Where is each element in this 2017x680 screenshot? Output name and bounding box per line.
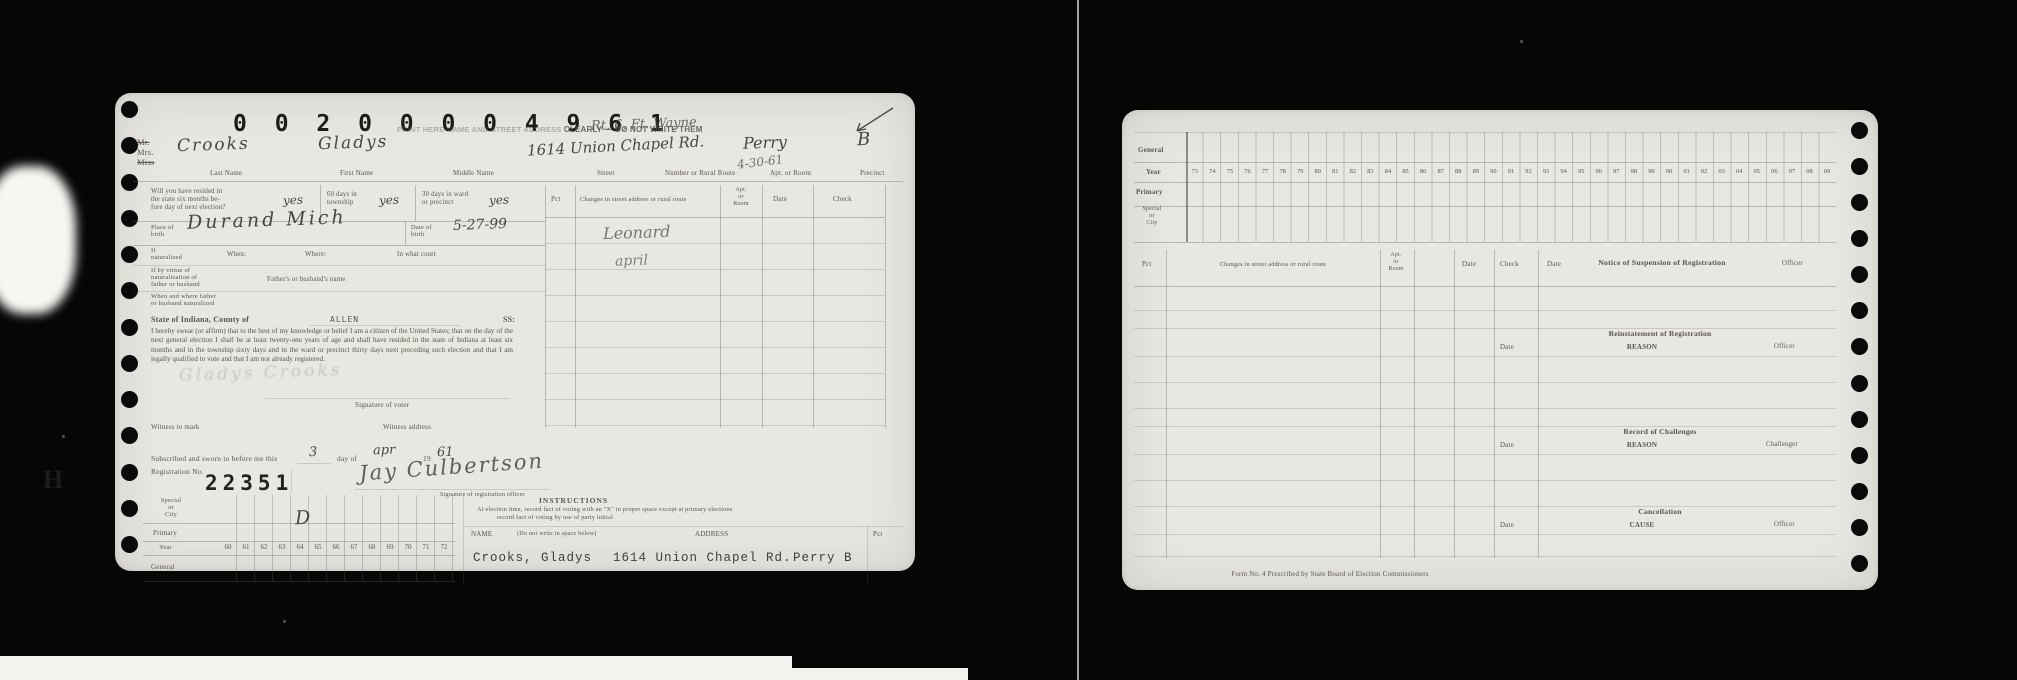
label-street: Street	[597, 169, 615, 177]
front-year-cells: 60616263646566676869707172	[219, 543, 453, 551]
form-footer: Form No. 4 Prescribed by State Board of …	[1180, 570, 1480, 578]
rule-line	[133, 245, 545, 246]
county-value: ALLEN	[330, 315, 359, 324]
date-of-birth-value: 5-27-99	[453, 216, 508, 234]
residency-answer-2: yes	[379, 193, 400, 208]
year-cell: 66	[327, 543, 345, 551]
place-of-birth-value: Durand Mich	[187, 206, 347, 234]
year-cell: 01	[1678, 168, 1696, 175]
year-cell: 74	[1204, 168, 1222, 175]
film-speck	[1520, 40, 1523, 43]
year-cell: 82	[1344, 168, 1362, 175]
year-cell: 09	[1818, 168, 1836, 175]
label-registration-no: Registration No.	[151, 467, 204, 476]
year-cell: 85	[1397, 168, 1415, 175]
year-cell: 60	[219, 543, 237, 551]
year-cell: 91	[1502, 168, 1520, 175]
year-cell: 88	[1449, 168, 1467, 175]
label-signature-of-voter: Signature of voter	[355, 401, 409, 409]
registration-number-stamp: 22351	[205, 471, 293, 495]
year-cell: 71	[417, 543, 435, 551]
file-letter-stamp: H	[43, 465, 63, 495]
typed-address: 1614 Union Chapel Rd.	[613, 551, 792, 565]
year-cell: 97	[1608, 168, 1626, 175]
year-cell: 73	[1186, 168, 1204, 175]
label-precinct: Precinct	[860, 169, 885, 177]
residency-answer-1: yes	[283, 193, 304, 208]
sworn-month-value: apr	[373, 443, 396, 459]
year-cell: 94	[1555, 168, 1573, 175]
residency-answer-3: yes	[489, 193, 510, 208]
title-mrs: Mrs.	[137, 147, 154, 157]
year-cell: 08	[1801, 168, 1819, 175]
label-changes-header: Changes in street address or rural route	[580, 196, 687, 203]
punch-holes-right	[1851, 122, 1868, 572]
year-cell: 00	[1660, 168, 1678, 175]
year-cell: 78	[1274, 168, 1292, 175]
voter-signature: Gladys Crooks	[179, 360, 343, 386]
cancellation-title: Cancellation	[1540, 507, 1780, 516]
label-date-col2: Date	[1547, 260, 1561, 268]
label-check: Check	[833, 195, 852, 203]
rule-line	[405, 221, 406, 245]
registration-card-front: 0 0 2 0 0 0 0 4 9 6 1 PRINT HERE NAME AN…	[115, 93, 915, 571]
year-cell: 05	[1748, 168, 1766, 175]
pencil-arrow	[843, 105, 897, 139]
suspension-title: Notice of Suspension of Registration	[1552, 258, 1772, 267]
title-mr: Mr.	[137, 137, 150, 147]
year-cell: 61	[237, 543, 255, 551]
print-warning-prefix: PRINT HERE NAME AND STREET ADDRESS	[397, 125, 562, 134]
film-speck	[283, 620, 286, 623]
typed-pct: Perry B	[793, 551, 853, 565]
year-cell: 62	[255, 543, 273, 551]
label-pct: Pct	[551, 195, 561, 203]
year-cell: 63	[273, 543, 291, 551]
film-edge-strip	[0, 656, 792, 680]
year-cell: 87	[1432, 168, 1450, 175]
year-cell: 89	[1467, 168, 1485, 175]
year-cell: 69	[381, 543, 399, 551]
changes-entry-2: april	[615, 252, 649, 269]
year-cell: 80	[1309, 168, 1327, 175]
year-cell: 06	[1766, 168, 1784, 175]
film-frame-divider	[1077, 0, 1079, 680]
year-cell: 84	[1379, 168, 1397, 175]
year-cell: 92	[1520, 168, 1538, 175]
label-date: Date	[773, 195, 787, 203]
year-cell: 99	[1643, 168, 1661, 175]
challenges-title: Record of Challenges	[1540, 427, 1780, 436]
year-cell: 93	[1537, 168, 1555, 175]
affidavit-body: I hereby swear (or affirm) that to the b…	[151, 327, 513, 365]
township-value: Perry	[743, 132, 787, 153]
year-cell: 04	[1730, 168, 1748, 175]
year-cell: 98	[1625, 168, 1643, 175]
primary-vote-mark: D	[295, 507, 311, 530]
year-cell: 68	[363, 543, 381, 551]
year-cell: 83	[1362, 168, 1380, 175]
label-date-suspension: Officer	[1782, 260, 1803, 267]
year-cell: 07	[1783, 168, 1801, 175]
rule-line	[133, 181, 903, 182]
label-first-name: First Name	[340, 169, 373, 177]
label-middle-name: Middle Name	[453, 169, 494, 177]
microfilm-scan-view: 0 0 2 0 0 0 0 4 9 6 1 PRINT HERE NAME AN…	[0, 0, 2017, 680]
last-name-value: Crooks	[177, 134, 250, 157]
year-cell: 03	[1713, 168, 1731, 175]
year-cell: 72	[435, 543, 453, 551]
year-cell: 96	[1590, 168, 1608, 175]
year-cell: 90	[1485, 168, 1503, 175]
back-year-cells: 7374757677787980818283848586878889909192…	[1186, 168, 1836, 175]
year-cell: 81	[1327, 168, 1345, 175]
registration-card-back: General Year Primary Special or City 737…	[1122, 110, 1878, 590]
first-name-value: Gladys	[318, 132, 389, 154]
film-speck	[62, 435, 65, 438]
grid-columns	[219, 495, 454, 581]
label-number-rural-route: Number or Rural Route	[665, 169, 736, 177]
year-cell: 65	[309, 543, 327, 551]
year-cell: 86	[1414, 168, 1432, 175]
year-cell: 79	[1291, 168, 1309, 175]
label-witness-to-mark: Witness to mark	[151, 423, 200, 431]
film-light-blob	[0, 166, 76, 314]
label-witness-address: Witness address	[383, 423, 431, 431]
year-cell: 76	[1239, 168, 1257, 175]
title-miss: Miss	[137, 157, 154, 167]
rule-line	[415, 185, 416, 221]
year-cell: 70	[399, 543, 417, 551]
reinstatement-title: Reinstatement of Registration	[1540, 329, 1780, 338]
film-edge-strip	[792, 668, 968, 680]
year-cell: 77	[1256, 168, 1274, 175]
label-apt-or-room: Apt. or Room	[770, 169, 811, 177]
label-check: Check	[1500, 260, 1519, 268]
year-cell: 75	[1221, 168, 1239, 175]
grid-columns	[1186, 132, 1836, 242]
label-changes-header: Changes in street address or rural route	[1170, 261, 1376, 268]
year-cell: 64	[291, 543, 309, 551]
year-cell: 67	[345, 543, 363, 551]
changes-entry-1: Leonard	[603, 222, 671, 243]
label-last-name: Last Name	[210, 169, 242, 177]
punch-holes-left	[121, 101, 138, 553]
year-cell: 02	[1695, 168, 1713, 175]
label-date: Date	[1462, 260, 1476, 268]
sworn-day-value: 3	[309, 445, 318, 460]
year-cell: 95	[1572, 168, 1590, 175]
label-pct: Pct	[1142, 260, 1152, 268]
typed-name: Crooks, Gladys	[473, 551, 592, 565]
